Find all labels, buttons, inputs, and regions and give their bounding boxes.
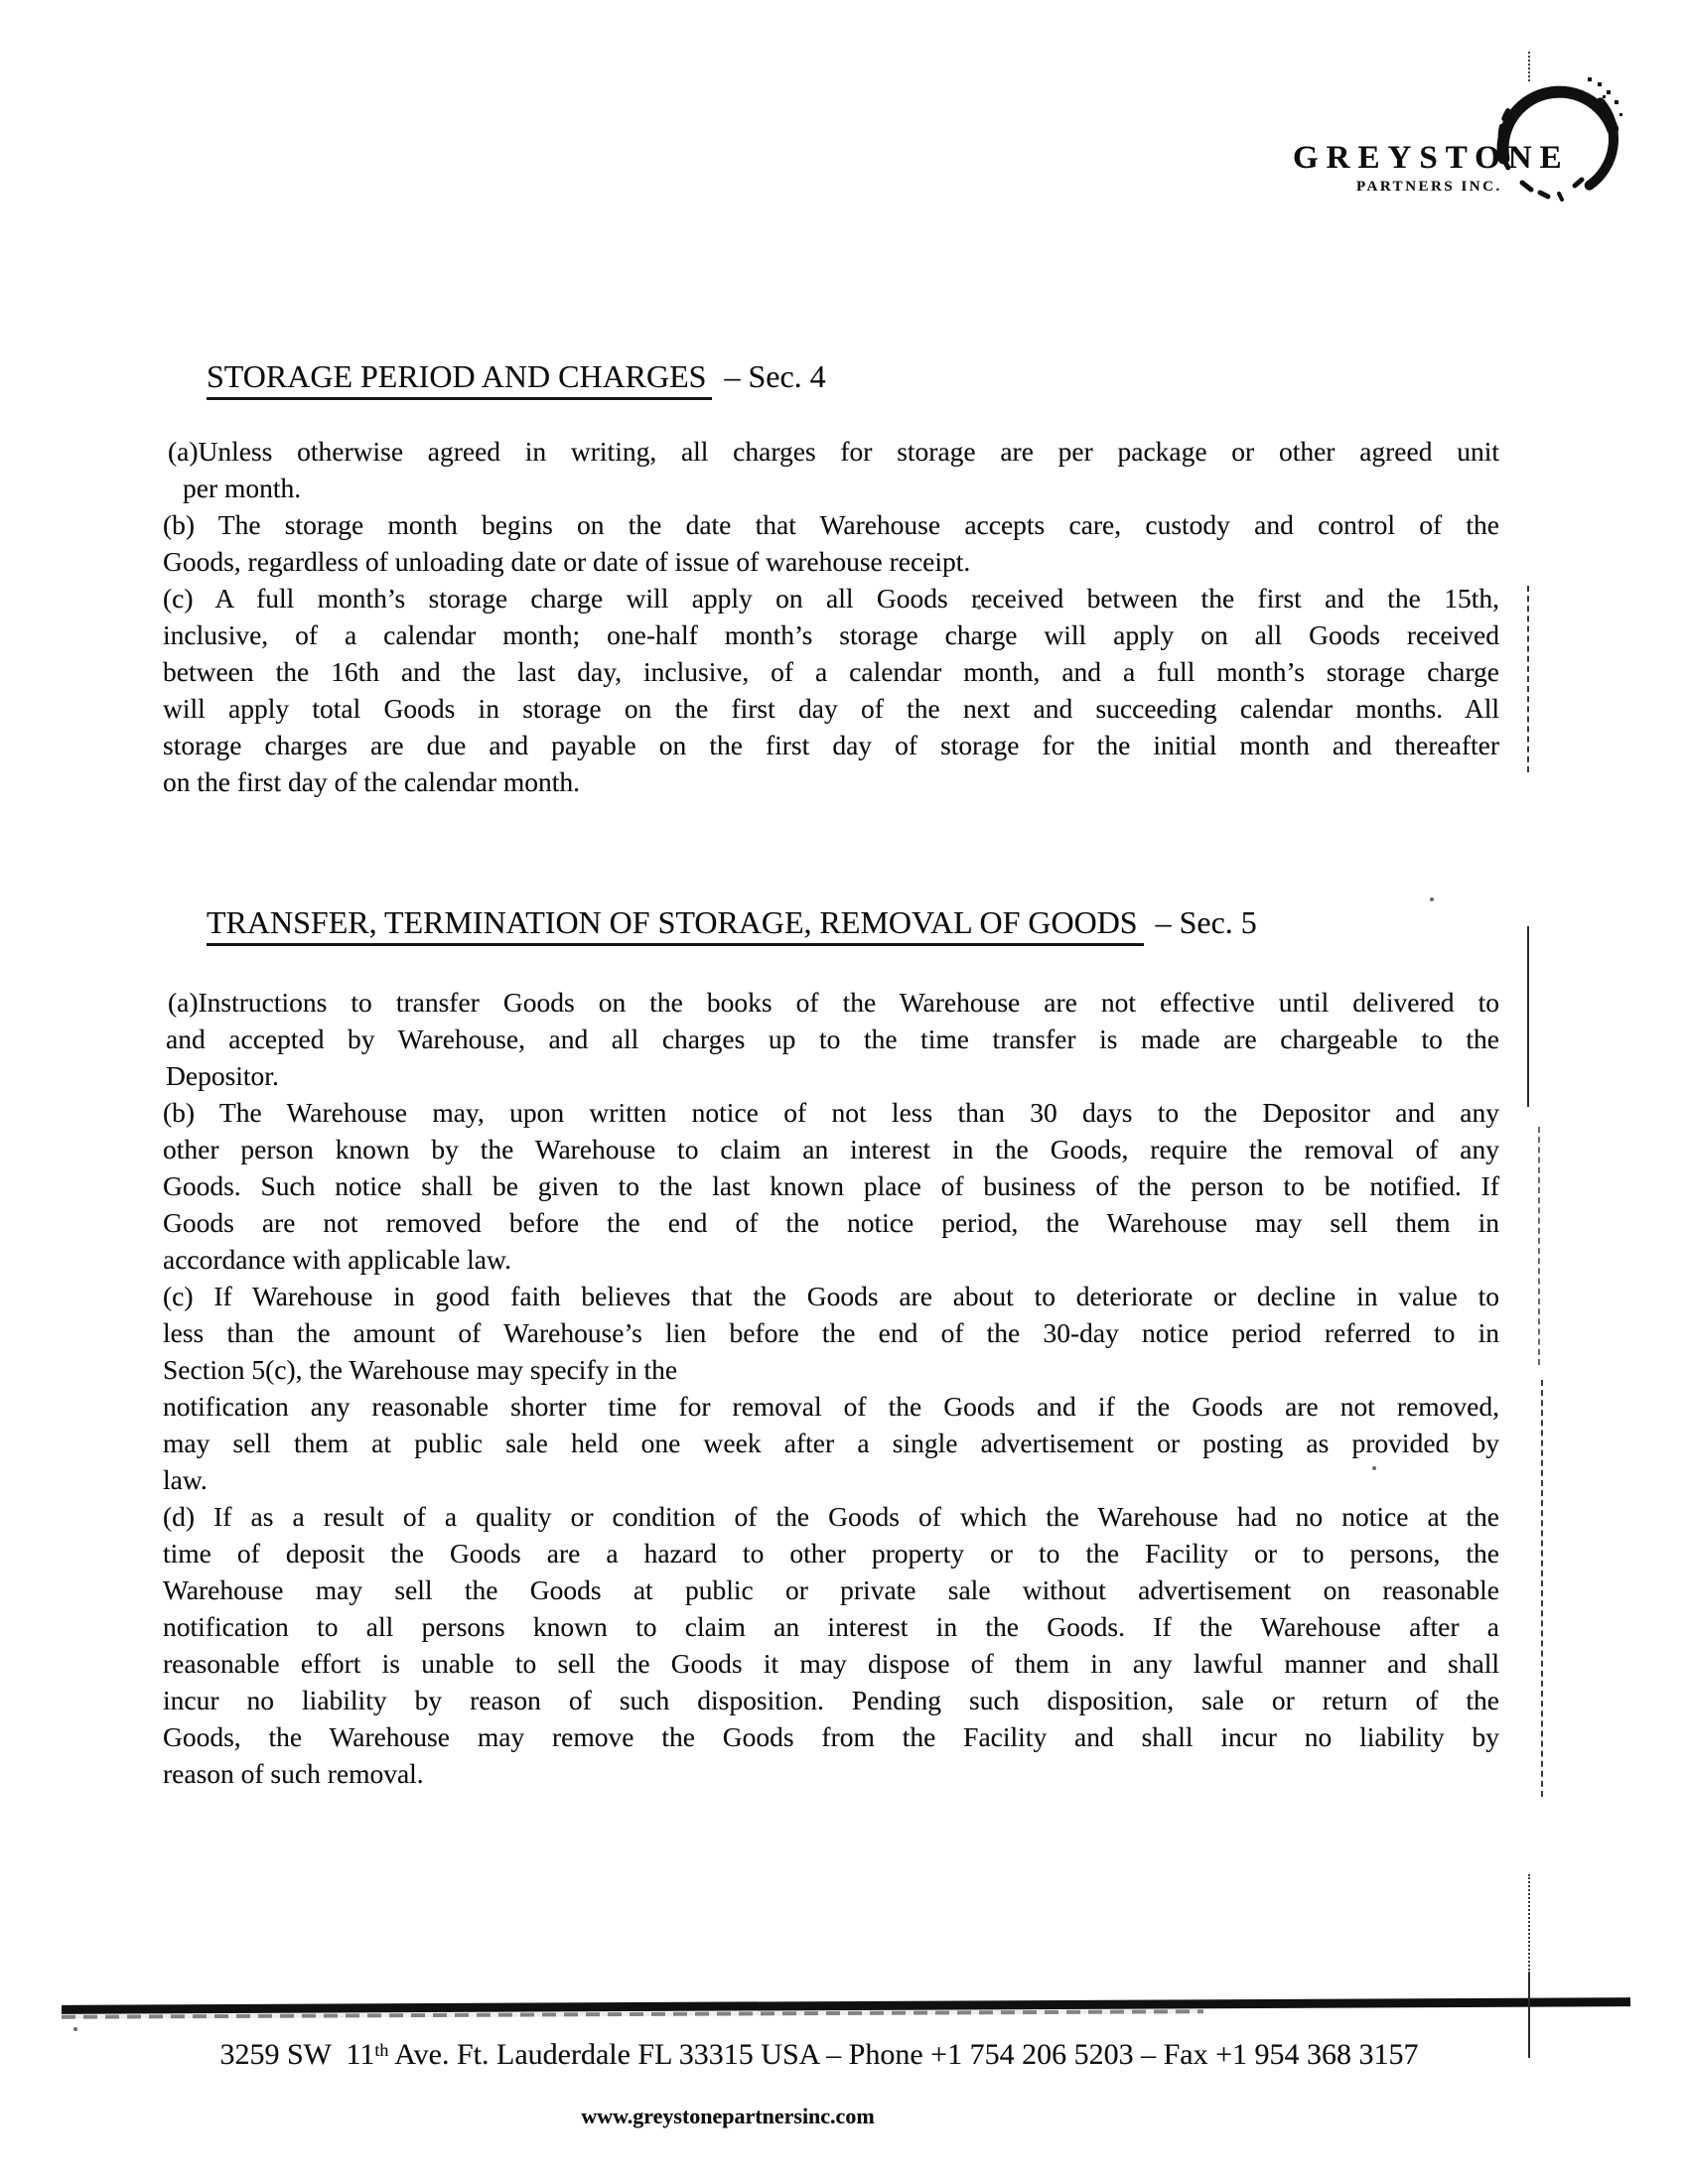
document-line: reasonable effort is unable to sell the … (163, 1645, 1499, 1682)
scan-artifact-vline (1528, 1974, 1530, 2058)
scan-artifact-vline (1527, 926, 1529, 1107)
document-line: Goods, the Warehouse may remove the Good… (163, 1718, 1499, 1755)
document-line: (d) If as a result of a quality or condi… (163, 1498, 1499, 1535)
logo-brand-text: GREYSTONE (1293, 142, 1570, 175)
footer-address: 3259 SW 11th Ave. Ft. Lauderdale FL 3331… (129, 2040, 1509, 2070)
document-line: (b) The Warehouse may, upon written noti… (163, 1094, 1499, 1131)
scan-artifact-vline (1528, 1874, 1530, 1974)
scan-artifact-vline (1528, 52, 1530, 81)
document-line: (b) The storage month begins on the date… (163, 506, 1499, 543)
scan-artifact-vline (1527, 586, 1529, 772)
section-5-heading: TRANSFER, TERMINATION OF STORAGE, REMOVA… (207, 904, 1257, 941)
document-line: reason of such removal. (163, 1755, 1499, 1792)
document-line: other person known by the Warehouse to c… (163, 1131, 1499, 1167)
section-5-heading-title: TRANSFER, TERMINATION OF STORAGE, REMOVA… (207, 904, 1144, 946)
document-line: incur no liability by reason of such dis… (163, 1682, 1499, 1718)
document-line: (a)Instructions to transfer Goods on the… (163, 984, 1499, 1021)
scan-speck (1372, 1466, 1376, 1470)
section-5-heading-suffix: – Sec. 5 (1156, 904, 1257, 940)
document-line: notification to all persons known to cla… (163, 1608, 1499, 1645)
document-line: accordance with applicable law. (163, 1241, 1499, 1278)
footer-address-suffix: Ave. Ft. Lauderdale FL 33315 USA – Phone… (388, 2038, 1418, 2071)
document-line: (c) If Warehouse in good faith believes … (163, 1278, 1499, 1314)
document-line: notification any reasonable shorter time… (163, 1388, 1499, 1425)
document-line: between the 16th and the last day, inclu… (163, 653, 1499, 690)
section-4-body: (a)Unless otherwise agreed in writing, a… (163, 433, 1499, 800)
section-4-heading: STORAGE PERIOD AND CHARGES– Sec. 4 (207, 358, 826, 395)
document-line: may sell them at public sale held one we… (163, 1425, 1499, 1461)
scan-speck (1430, 897, 1434, 901)
document-line: and accepted by Warehouse, and all charg… (163, 1021, 1499, 1057)
document-line: Goods are not removed before the end of … (163, 1204, 1499, 1241)
document-line: (c) A full month’s storage charge will a… (163, 580, 1499, 616)
document-line: Goods, regardless of unloading date or d… (163, 543, 1499, 580)
document-line: inclusive, of a calendar month; one-half… (163, 616, 1499, 653)
document-line: Goods. Such notice shall be given to the… (163, 1167, 1499, 1204)
document-line: Warehouse may sell the Goods at public o… (163, 1571, 1499, 1608)
scan-speck (73, 2027, 77, 2031)
scan-artifact-vline (1538, 1127, 1540, 1365)
document-line: time of deposit the Goods are a hazard t… (163, 1535, 1499, 1571)
footer-address-ordinal: th (374, 2040, 388, 2060)
document-line: will apply total Goods in storage on the… (163, 690, 1499, 727)
footer-website: www.greystonepartnersinc.com (66, 2106, 1390, 2127)
scanned-document-page: { "page": { "background": "#ffffff", "in… (0, 0, 1688, 2184)
document-line: Section 5(c), the Warehouse may specify … (163, 1351, 1499, 1388)
document-line: (a)Unless otherwise agreed in writing, a… (163, 433, 1499, 470)
logo-subbrand-text: PARTNERS INC. (1356, 180, 1502, 195)
document-line: less than the amount of Warehouse’s lien… (163, 1314, 1499, 1351)
scan-artifact-vline (1541, 1380, 1543, 1797)
footer-address-prefix: 3259 SW 11 (220, 2038, 375, 2071)
document-line: law. (163, 1461, 1499, 1498)
section-5-body: (a)Instructions to transfer Goods on the… (163, 984, 1499, 1792)
document-line: Depositor. (163, 1057, 1499, 1094)
section-4-heading-title: STORAGE PERIOD AND CHARGES (207, 358, 712, 400)
document-line: per month. (163, 470, 1499, 506)
document-line: storage charges are due and payable on t… (163, 727, 1499, 763)
document-line: on the first day of the calendar month. (163, 763, 1499, 800)
scan-speck (977, 606, 981, 610)
section-4-heading-suffix: – Sec. 4 (724, 358, 825, 394)
